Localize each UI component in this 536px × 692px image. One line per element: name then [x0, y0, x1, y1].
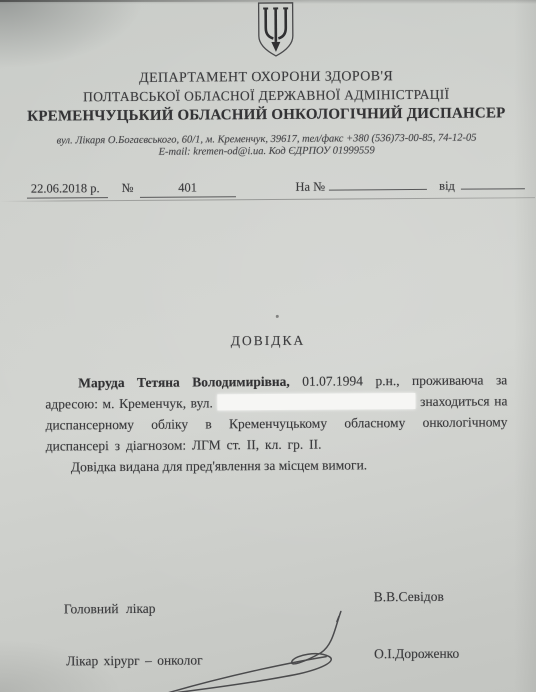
body-line-1-rest: 01.07.1994 р.н., проживаюча за	[302, 372, 507, 388]
incoming-number-blank	[329, 175, 427, 191]
document-title: ДОВІДКА	[0, 331, 536, 351]
body-line-2-start: адресою: м. Кременчук, вул.	[45, 395, 213, 411]
incoming-number-label: На №	[295, 180, 325, 195]
body-line-2-end: знаходиться на	[420, 393, 507, 409]
number-sign: №	[122, 181, 134, 196]
certificate-document: ДЕПАРТАМЕНТ ОХОРОНИ ЗДОРОВ'Я ПОЛТАВСЬКОЇ…	[0, 0, 536, 692]
paper-speck	[276, 315, 279, 318]
department-line-2: ПОЛТАВСЬКОЇ ОБЛАСНОЇ ДЕРЖАВНОЇ АДМІНІСТР…	[0, 86, 534, 106]
photo-top-edge	[0, 0, 310, 2]
letterhead: ДЕПАРТАМЕНТ ОХОРОНИ ЗДОРОВ'Я ПОЛТАВСЬКОЇ…	[0, 68, 535, 159]
ukraine-trident-icon	[254, 2, 298, 58]
organization-name: КРЕМЕНЧУЦЬКИЙ ОБЛАСНИЙ ОНКОЛОГІЧНИЙ ДИСП…	[0, 105, 534, 126]
document-date: 22.06.2018 р.	[27, 181, 108, 199]
body-note: Довідка видана для пред'явлення за місце…	[46, 453, 508, 477]
patient-name: Маруда Тетяна Володимирівна,	[78, 374, 290, 390]
body-paragraph: Маруда Тетяна Володимирівна, 01.07.1994 …	[45, 369, 508, 477]
signature-role-chief-doctor: Головний лікар	[64, 601, 156, 618]
document-number: 401	[140, 180, 236, 198]
from-label: від	[439, 179, 455, 194]
signature-name-sevidov: В.В.Севідов	[374, 589, 444, 605]
signature-role-surgeon-oncologist: Лікар хірург – онколог	[66, 652, 203, 669]
contacts-line: E-mail: kremen-od@i.ua. Код ЄДРПОУ 01999…	[0, 144, 535, 159]
department-line-1: ДЕПАРТАМЕНТ ОХОРОНИ ЗДОРОВ'Я	[0, 68, 534, 88]
redaction-box	[217, 393, 415, 410]
scanned-certificate-photo: { "header": { "emblem": "ukraine-trident…	[0, 0, 536, 692]
reference-row: 22.06.2018 р. № 401 На № від	[27, 174, 525, 198]
body-line-3: диспансерному обліку в Кременчуцькому об…	[45, 411, 507, 435]
from-date-blank	[461, 174, 525, 189]
signature-name-dorozhenko: О.І.Дороженко	[374, 646, 459, 663]
